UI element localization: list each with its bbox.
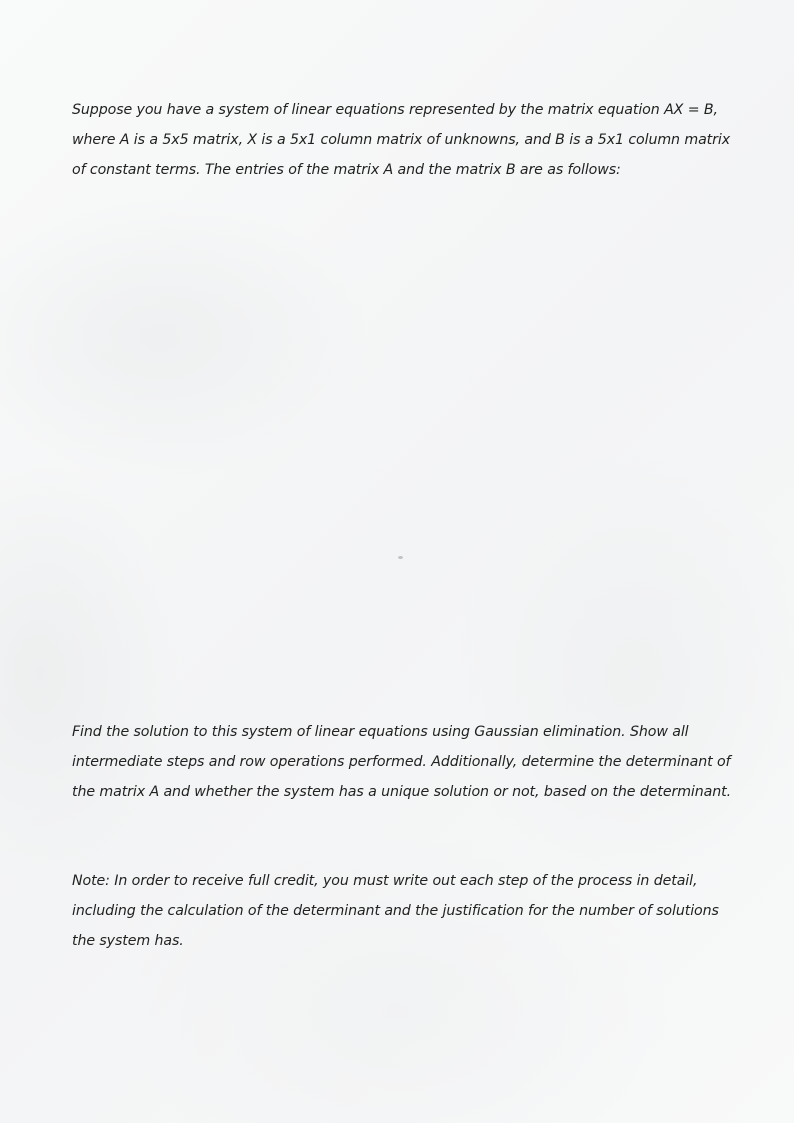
matrix-area-blank bbox=[72, 225, 742, 695]
task-paragraph: Find the solution to this system of line… bbox=[72, 717, 742, 807]
paper-speck bbox=[398, 556, 403, 559]
intro-paragraph: Suppose you have a system of linear equa… bbox=[72, 95, 742, 185]
note-paragraph: Note: In order to receive full credit, y… bbox=[72, 866, 742, 956]
